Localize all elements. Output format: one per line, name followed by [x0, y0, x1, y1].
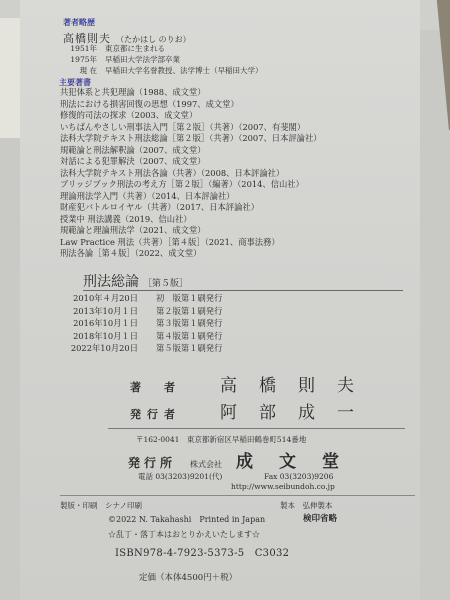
price: 定価（本体4500円＋税）	[139, 573, 237, 584]
history-date: 2018年10月１日	[60, 330, 138, 343]
bio-year: 1975年	[63, 54, 97, 65]
work-item: ブリッジブック刑法の考え方［第２版］（編著）（2014、信山社）	[60, 179, 322, 191]
work-item: 規範論と理論刑法学（2021、成文堂）	[60, 225, 322, 237]
work-item: 刑法における損害回復の思想（1997、成文堂）	[60, 99, 322, 111]
work-item: 刑法各論［第４版］（2022、成文堂）	[60, 248, 322, 260]
binding-info: 製本 弘伸製本	[280, 500, 333, 511]
history-date: 2013年10月１日	[60, 305, 138, 318]
major-works-list: 共犯体系と共犯理論（1988、成文堂） 刑法における損害回復の思想（1997、成…	[60, 87, 322, 260]
book-title: 刑法総論	[83, 274, 139, 290]
author-bio: 1951年 東京都に生まれる 1975年 早稲田大学法学部卒業 現 在 早稲田大…	[63, 43, 263, 76]
bio-row: 1975年 早稲田大学法学部卒業	[63, 54, 263, 65]
work-item: Law Practice 刑法（共著）［第４版］（2021、商事法務）	[60, 237, 322, 249]
publishing-office: 発行所 株式会社 成文堂	[128, 447, 365, 472]
author-credit: 著 者 高橋則夫	[130, 371, 376, 396]
bio-text: 早稲田大学名誉教授、法学博士（早稲田大学）	[105, 65, 263, 76]
work-item: 規範論と刑法解釈論（2007、成文堂）	[60, 145, 322, 157]
work-item: いちばんやさしい刑事法入門［第２版］（共著）（2007、有斐閣）	[60, 122, 322, 134]
work-item: 修復的司法の探求（2003、成文堂）	[60, 110, 322, 122]
history-event: 第４版第１刷発行	[156, 330, 222, 343]
publisher-url[interactable]: http://www.seibundoh.co.jp	[231, 481, 335, 492]
phone-number: 電話 03(3203)9201(代)	[138, 471, 222, 482]
publisher-person: 阿部成一	[220, 398, 376, 423]
history-row: 2018年10月１日 第４版第１刷発行	[60, 330, 222, 343]
edition-history: 2010年４月20日 初 版第１刷発行 2013年10月１日 第２版第１刷発行 …	[60, 292, 222, 355]
book-edition: ［第５版］	[143, 279, 188, 289]
bio-text: 東京都に生まれる	[105, 43, 165, 54]
copyright: ©2022 N. Takahashi Printed in Japan	[108, 514, 265, 525]
printing-info: 製版・印刷 シナノ印刷	[60, 500, 142, 511]
isbn: ISBN978-4-7923-5373-5 C3032	[115, 544, 289, 559]
bio-row: 現 在 早稲田大学名誉教授、法学博士（早稲田大学）	[63, 65, 263, 76]
replacement-notice: ☆乱丁・落丁本はおとりかえいたします☆	[108, 529, 260, 540]
publisher-rule	[108, 428, 405, 429]
bio-year: 現 在	[63, 65, 97, 76]
work-item: 対話による犯罪解決（2007、成文堂）	[60, 156, 322, 168]
history-date: 2010年４月20日	[60, 292, 138, 305]
company-name: 成文堂	[236, 447, 365, 472]
history-row: 2016年10月１日 第３版第１刷発行	[60, 317, 222, 330]
work-item: 法科大学院テキスト刑法各論（共著）（2008、日本評論社）	[60, 168, 322, 180]
work-item: 共犯体系と共犯理論（1988、成文堂）	[60, 87, 322, 99]
publisher-role: 発行者	[130, 406, 220, 422]
history-event: 初 版第１刷発行	[156, 292, 222, 305]
work-item: 理論刑法学入門（共著）（2014、日本評論社）	[60, 191, 322, 203]
history-date: 2022年10月20日	[60, 342, 138, 355]
company-type: 株式会社	[190, 459, 222, 470]
bio-text: 早稲田大学法学部卒業	[105, 54, 180, 65]
colophon-page: 著者略歴 高橋則夫 （たかはし のりお） 1951年 東京都に生まれる 1975…	[20, 0, 420, 600]
history-event: 第２版第１刷発行	[156, 305, 222, 318]
author-role: 著 者	[130, 379, 220, 395]
history-event: 第５版第１刷発行	[156, 342, 222, 355]
footer-rule	[60, 495, 415, 496]
publisher-address: 〒162-0041 東京都新宿区早稲田鶴巻町514番地	[136, 434, 306, 445]
history-row: 2013年10月１日 第２版第１刷発行	[60, 305, 222, 318]
author-credit-name: 高橋則夫	[220, 371, 376, 396]
office-role: 発行所	[128, 454, 176, 471]
history-row: 2022年10月20日 第５版第１刷発行	[60, 342, 222, 355]
book-title-block: 刑法総論［第５版］	[83, 271, 188, 291]
history-row: 2010年４月20日 初 版第１刷発行	[60, 292, 222, 305]
history-date: 2016年10月１日	[60, 317, 138, 330]
title-rule	[83, 290, 403, 291]
bio-row: 1951年 東京都に生まれる	[63, 43, 263, 54]
work-item: 法科大学院テキスト刑法総論［第２版］（共著）（2007、日本評論社）	[60, 133, 322, 145]
seal-omitted: 検印省略	[303, 514, 337, 525]
work-item: 授業中 刑法講義（2019、信山社）	[60, 214, 322, 226]
history-event: 第３版第１刷発行	[156, 317, 222, 330]
work-item: 財産犯バトルロイヤル（共著）（2017、日本評論社）	[60, 202, 322, 214]
bio-year: 1951年	[63, 43, 97, 54]
publisher-credit: 発行者 阿部成一	[130, 398, 376, 423]
